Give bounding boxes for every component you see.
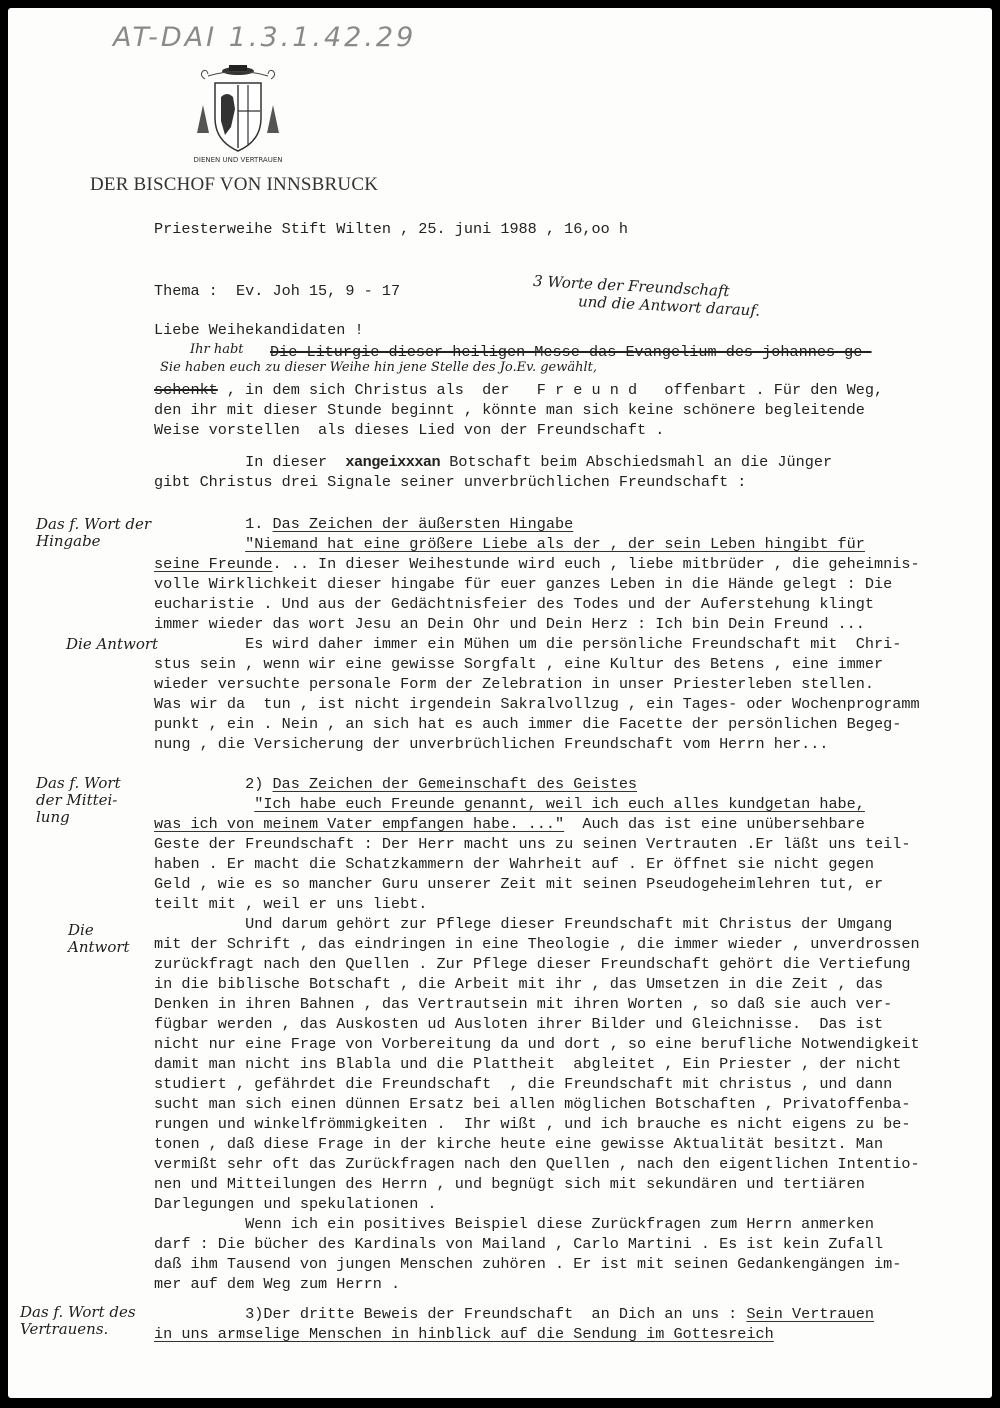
section2-line: Geste der Freundschaft : Der Herr macht …: [154, 834, 910, 854]
section2-heading: 2) Das Zeichen der Gemeinschaft des Geis…: [154, 774, 637, 794]
section2-line: vermißt sehr oft das Zurückfragen nach d…: [154, 1154, 920, 1174]
document-page: AT-DAI 1.3.1.42.29 DIENEN UND VERTRAUEN …: [8, 8, 992, 1398]
section1-heading: 1. Das Zeichen der äußersten Hingabe: [154, 514, 573, 534]
section2-line: studiert , gefährdet die Freundschaft , …: [154, 1074, 892, 1094]
svg-text:DIENEN UND VERTRAUEN: DIENEN UND VERTRAUEN: [194, 156, 283, 163]
section1-line: Was wir da tun , ist nicht irgendein Sak…: [154, 694, 920, 714]
section2-line: Darlegungen und spekulationen .: [154, 1194, 437, 1214]
section2-line: Denken in ihren Bahnen , das Vertrautsei…: [154, 994, 892, 1014]
section1-line: Es wird daher immer ein Mühen um die per…: [154, 634, 901, 654]
section1-line: volle Wirklichkeit dieser hingabe für eu…: [154, 574, 892, 594]
section2-line: mer auf dem Weg zum Herrn .: [154, 1274, 400, 1294]
archive-reference: AT-DAI 1.3.1.42.29: [113, 22, 416, 53]
section1-line: stus sein , wenn wir eine gewisse Sorgfa…: [154, 654, 883, 674]
salutation: Liebe Weihekandidaten !: [154, 320, 364, 340]
section2-line: fügbar werden , das Auskosten ud Auslote…: [154, 1014, 883, 1034]
section2-line: mit der Schrift , das eindringen in eine…: [154, 934, 920, 954]
section1-line: wieder versuchte personale Form der Zele…: [154, 674, 874, 694]
section2-line: haben . Er macht die Schatzkammern der W…: [154, 854, 874, 874]
handwritten-insert-ihr-habt: Ihr habt: [190, 341, 244, 358]
section2-line: daß ihm Tausend von jungen Menschen zuhö…: [154, 1254, 901, 1274]
section3-line2: in uns armselige Menschen in hinblick au…: [154, 1324, 774, 1344]
section1-line: punkt , ein . Nein , an sich hat es auch…: [154, 714, 901, 734]
section2-line: teilt mit , weil er uns liebt.: [154, 894, 427, 914]
section1-quote-line1: "Niemand hat eine größere Liebe als der …: [154, 534, 865, 554]
letterhead-title: DER BISCHOF VON INNSBRUCK: [90, 174, 378, 196]
margin-note-antwort-1: Die Antwort: [66, 636, 158, 653]
section2-line: damit man nicht ins Blabla und die Platt…: [154, 1054, 901, 1074]
handwritten-note-header-2: und die Antwort darauf.: [578, 293, 761, 320]
section2-line: nen und Mitteilungen des Herrn , und beg…: [154, 1174, 865, 1194]
section2-line: nicht nur eine Frage von Vorbereitung da…: [154, 1034, 920, 1054]
section1-line: immer wieder das wort Jesu an Dein Ohr u…: [154, 614, 865, 634]
section2-quote-line2: was ich von meinem Vater empfangen habe.…: [154, 814, 865, 834]
margin-note-antwort-2: Die Antwort: [68, 922, 130, 956]
intro-line3: den ihr mit dieser Stunde beginnt , könn…: [154, 400, 865, 420]
margin-note-hingabe: Das f. Wort der Hingabe: [36, 516, 151, 550]
section2-line: sucht man sich einen dünnen Ersatz bei a…: [154, 1094, 910, 1114]
theme-line: Thema : Ev. Joh 15, 9 - 17: [154, 281, 400, 301]
para2-line1: In dieser xangeixxxan Botschaft beim Abs…: [154, 452, 832, 472]
section2-line: Wenn ich ein positives Beispiel diese Zu…: [154, 1214, 874, 1234]
intro-line2: schenkt , in dem sich Christus als der F…: [154, 380, 883, 400]
handwritten-insert-line2: Sie haben euch zu dieser Weihe hin jene …: [160, 359, 597, 376]
section2-quote-line1: "Ich habe euch Freunde genannt, weil ich…: [154, 794, 865, 814]
section1-line: nung , die Versicherung der unverbrüchli…: [154, 734, 828, 754]
para2-line2: gibt Christus drei Signale seiner unverb…: [154, 472, 746, 492]
section2-line: Geld , wie es so mancher Guru unserer Ze…: [154, 874, 883, 894]
occasion-line: Priesterweihe Stift Wilten , 25. juni 19…: [154, 219, 628, 239]
margin-note-mitteilung: Das f. Wort der Mittei- lung: [36, 775, 121, 826]
section3-line1: 3)Der dritte Beweis der Freundschaft an …: [154, 1304, 874, 1324]
section2-line: zurückfragt nach den Quellen . Zur Pfleg…: [154, 954, 910, 974]
section2-line: darf : Die bücher des Kardinals von Mail…: [154, 1234, 883, 1254]
margin-note-vertrauen: Das f. Wort des Vertrauens.: [20, 1304, 136, 1338]
intro-line4: Weise vorstellen als dieses Lied von der…: [154, 420, 664, 440]
section2-line: Und darum gehört zur Pflege dieser Freun…: [154, 914, 892, 934]
section2-line: in die biblische Botschaft , die Arbeit …: [154, 974, 883, 994]
section2-line: tonen , daß diese Frage in der kirche he…: [154, 1134, 883, 1154]
section1-line: eucharistie . Und aus der Gedächtnisfeie…: [154, 594, 874, 614]
section2-line: rungen und winkelfrömmigkeiten . Ihr wiß…: [154, 1114, 910, 1134]
section1-quote-line2: seine Freunde. .. In dieser Weihestunde …: [154, 554, 920, 574]
coat-of-arms-icon: DIENEN UND VERTRAUEN: [193, 63, 283, 163]
